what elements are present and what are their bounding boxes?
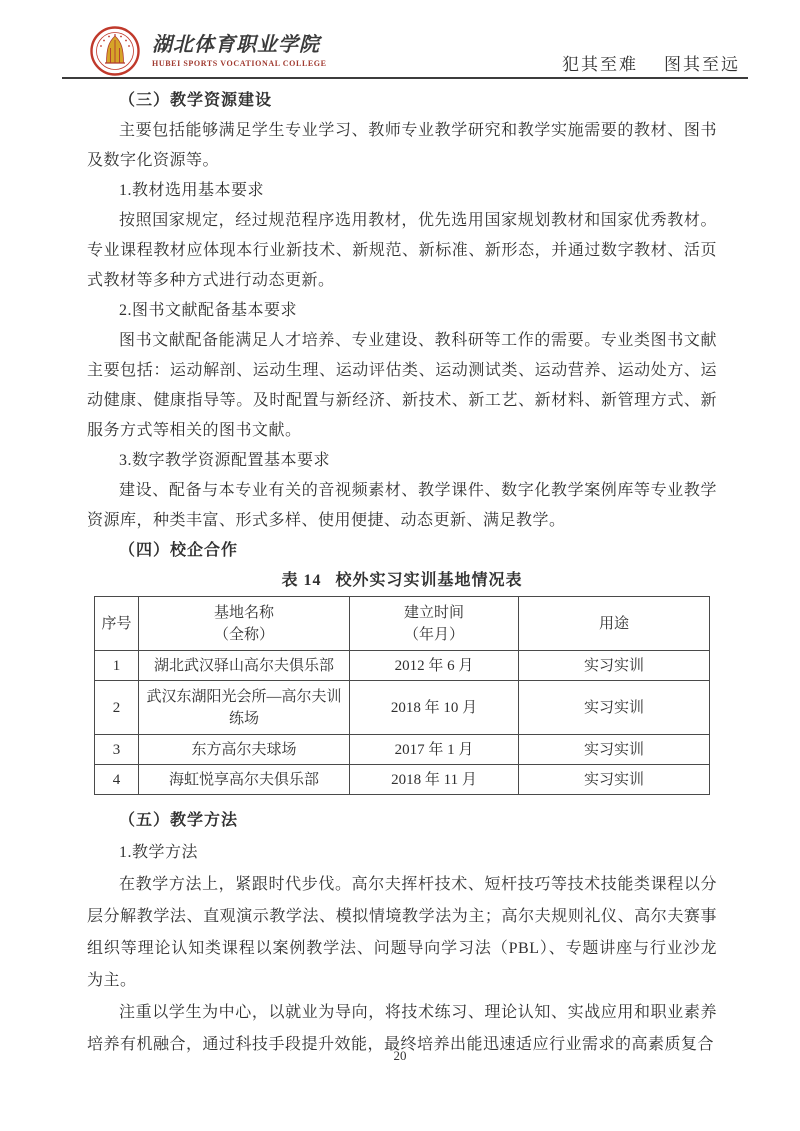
cell-serial: 1: [95, 651, 139, 681]
cell-serial: 2: [95, 681, 139, 735]
page-number: 20: [0, 1048, 800, 1064]
cell-date: 2012 年 6 月: [350, 651, 519, 681]
subheading-textbook: 1.教材选用基本要求: [87, 176, 717, 206]
column-header-base-name: 基地名称 （全称）: [139, 597, 350, 651]
table-caption-title: 校外实习实训基地情况表: [336, 572, 523, 589]
school-name-en: HUBEI SPORTS VOCATIONAL COLLEGE: [152, 59, 412, 68]
header-motto: 犯其至难图其至远: [562, 50, 740, 75]
school-seal-icon: [90, 26, 140, 76]
cell-base-name: 东方高尔夫球场: [139, 735, 350, 765]
cell-date: 2018 年 10 月: [350, 681, 519, 735]
table-caption: 表 14校外实习实训基地情况表: [87, 566, 717, 596]
facilities-table: 序号 基地名称 （全称） 建立时间 （年月） 用途 1 湖北武汉驿山高尔夫俱乐部…: [94, 596, 710, 795]
column-header-serial: 序号: [95, 597, 139, 651]
para-library-requirements: 图书文献配备能满足人才培养、专业建设、教科研等工作的需要。专业类图书文献主要包括…: [87, 326, 717, 446]
section-heading-4: （四）校企合作: [87, 536, 717, 566]
cell-use: 实习实训: [519, 735, 710, 765]
table-caption-number: 表 14: [281, 572, 321, 589]
subheading-methods: 1.教学方法: [87, 837, 717, 869]
cell-base-name: 武汉东湖阳光会所—高尔夫训练场: [139, 681, 350, 735]
cell-use: 实习实训: [519, 651, 710, 681]
document-body: （三）教学资源建设 主要包括能够满足学生专业学习、教师专业教学研究和教学实施需要…: [87, 86, 717, 1061]
cell-date: 2017 年 1 月: [350, 735, 519, 765]
table-header-row: 序号 基地名称 （全称） 建立时间 （年月） 用途: [95, 597, 710, 651]
para-methods-courses: 在教学方法上，紧跟时代步伐。高尔夫挥杆技术、短杆技巧等技术技能类课程以分层分解教…: [87, 869, 717, 997]
table-row: 4 海虹悦享高尔夫俱乐部 2018 年 11 月 实习实训: [95, 765, 710, 795]
cell-date: 2018 年 11 月: [350, 765, 519, 795]
school-name-block: 湖北体育职业学院 HUBEI SPORTS VOCATIONAL COLLEGE: [152, 33, 412, 68]
subheading-digital: 3.数字教学资源配置基本要求: [87, 446, 717, 476]
para-digital-requirements: 建设、配备与本专业有关的音视频素材、教学课件、数字化教学案例库等专业教学资源库，…: [87, 476, 717, 536]
school-name-zh: 湖北体育职业学院: [152, 33, 412, 57]
section-heading-3: （三）教学资源建设: [87, 86, 717, 116]
para-textbook-requirements: 按照国家规定，经过规范程序选用教材，优先选用国家规划教材和国家优秀教材。专业课程…: [87, 206, 717, 296]
motto-part-1: 犯其至难: [562, 55, 638, 74]
section-teaching-methods: （五）教学方法 1.教学方法 在教学方法上，紧跟时代步伐。高尔夫挥杆技术、短杆技…: [87, 805, 717, 1061]
cell-base-name: 海虹悦享高尔夫俱乐部: [139, 765, 350, 795]
cell-serial: 4: [95, 765, 139, 795]
header-rule: [62, 77, 748, 79]
column-header-date: 建立时间 （年月）: [350, 597, 519, 651]
table-row: 2 武汉东湖阳光会所—高尔夫训练场 2018 年 10 月 实习实训: [95, 681, 710, 735]
document-page: 湖北体育职业学院 HUBEI SPORTS VOCATIONAL COLLEGE…: [0, 0, 800, 1131]
column-header-use: 用途: [519, 597, 710, 651]
cell-use: 实习实训: [519, 765, 710, 795]
cell-use: 实习实训: [519, 681, 710, 735]
table-row: 3 东方高尔夫球场 2017 年 1 月 实习实训: [95, 735, 710, 765]
subheading-library: 2.图书文献配备基本要求: [87, 296, 717, 326]
cell-base-name: 湖北武汉驿山高尔夫俱乐部: [139, 651, 350, 681]
motto-part-2: 图其至远: [664, 55, 740, 74]
section-teaching-resources: （三）教学资源建设 主要包括能够满足学生专业学习、教师专业教学研究和教学实施需要…: [87, 86, 717, 566]
section-heading-5: （五）教学方法: [87, 805, 717, 837]
table-row: 1 湖北武汉驿山高尔夫俱乐部 2012 年 6 月 实习实训: [95, 651, 710, 681]
para-resources-overview: 主要包括能够满足学生专业学习、教师专业教学研究和教学实施需要的教材、图书及数字化…: [87, 116, 717, 176]
cell-serial: 3: [95, 735, 139, 765]
